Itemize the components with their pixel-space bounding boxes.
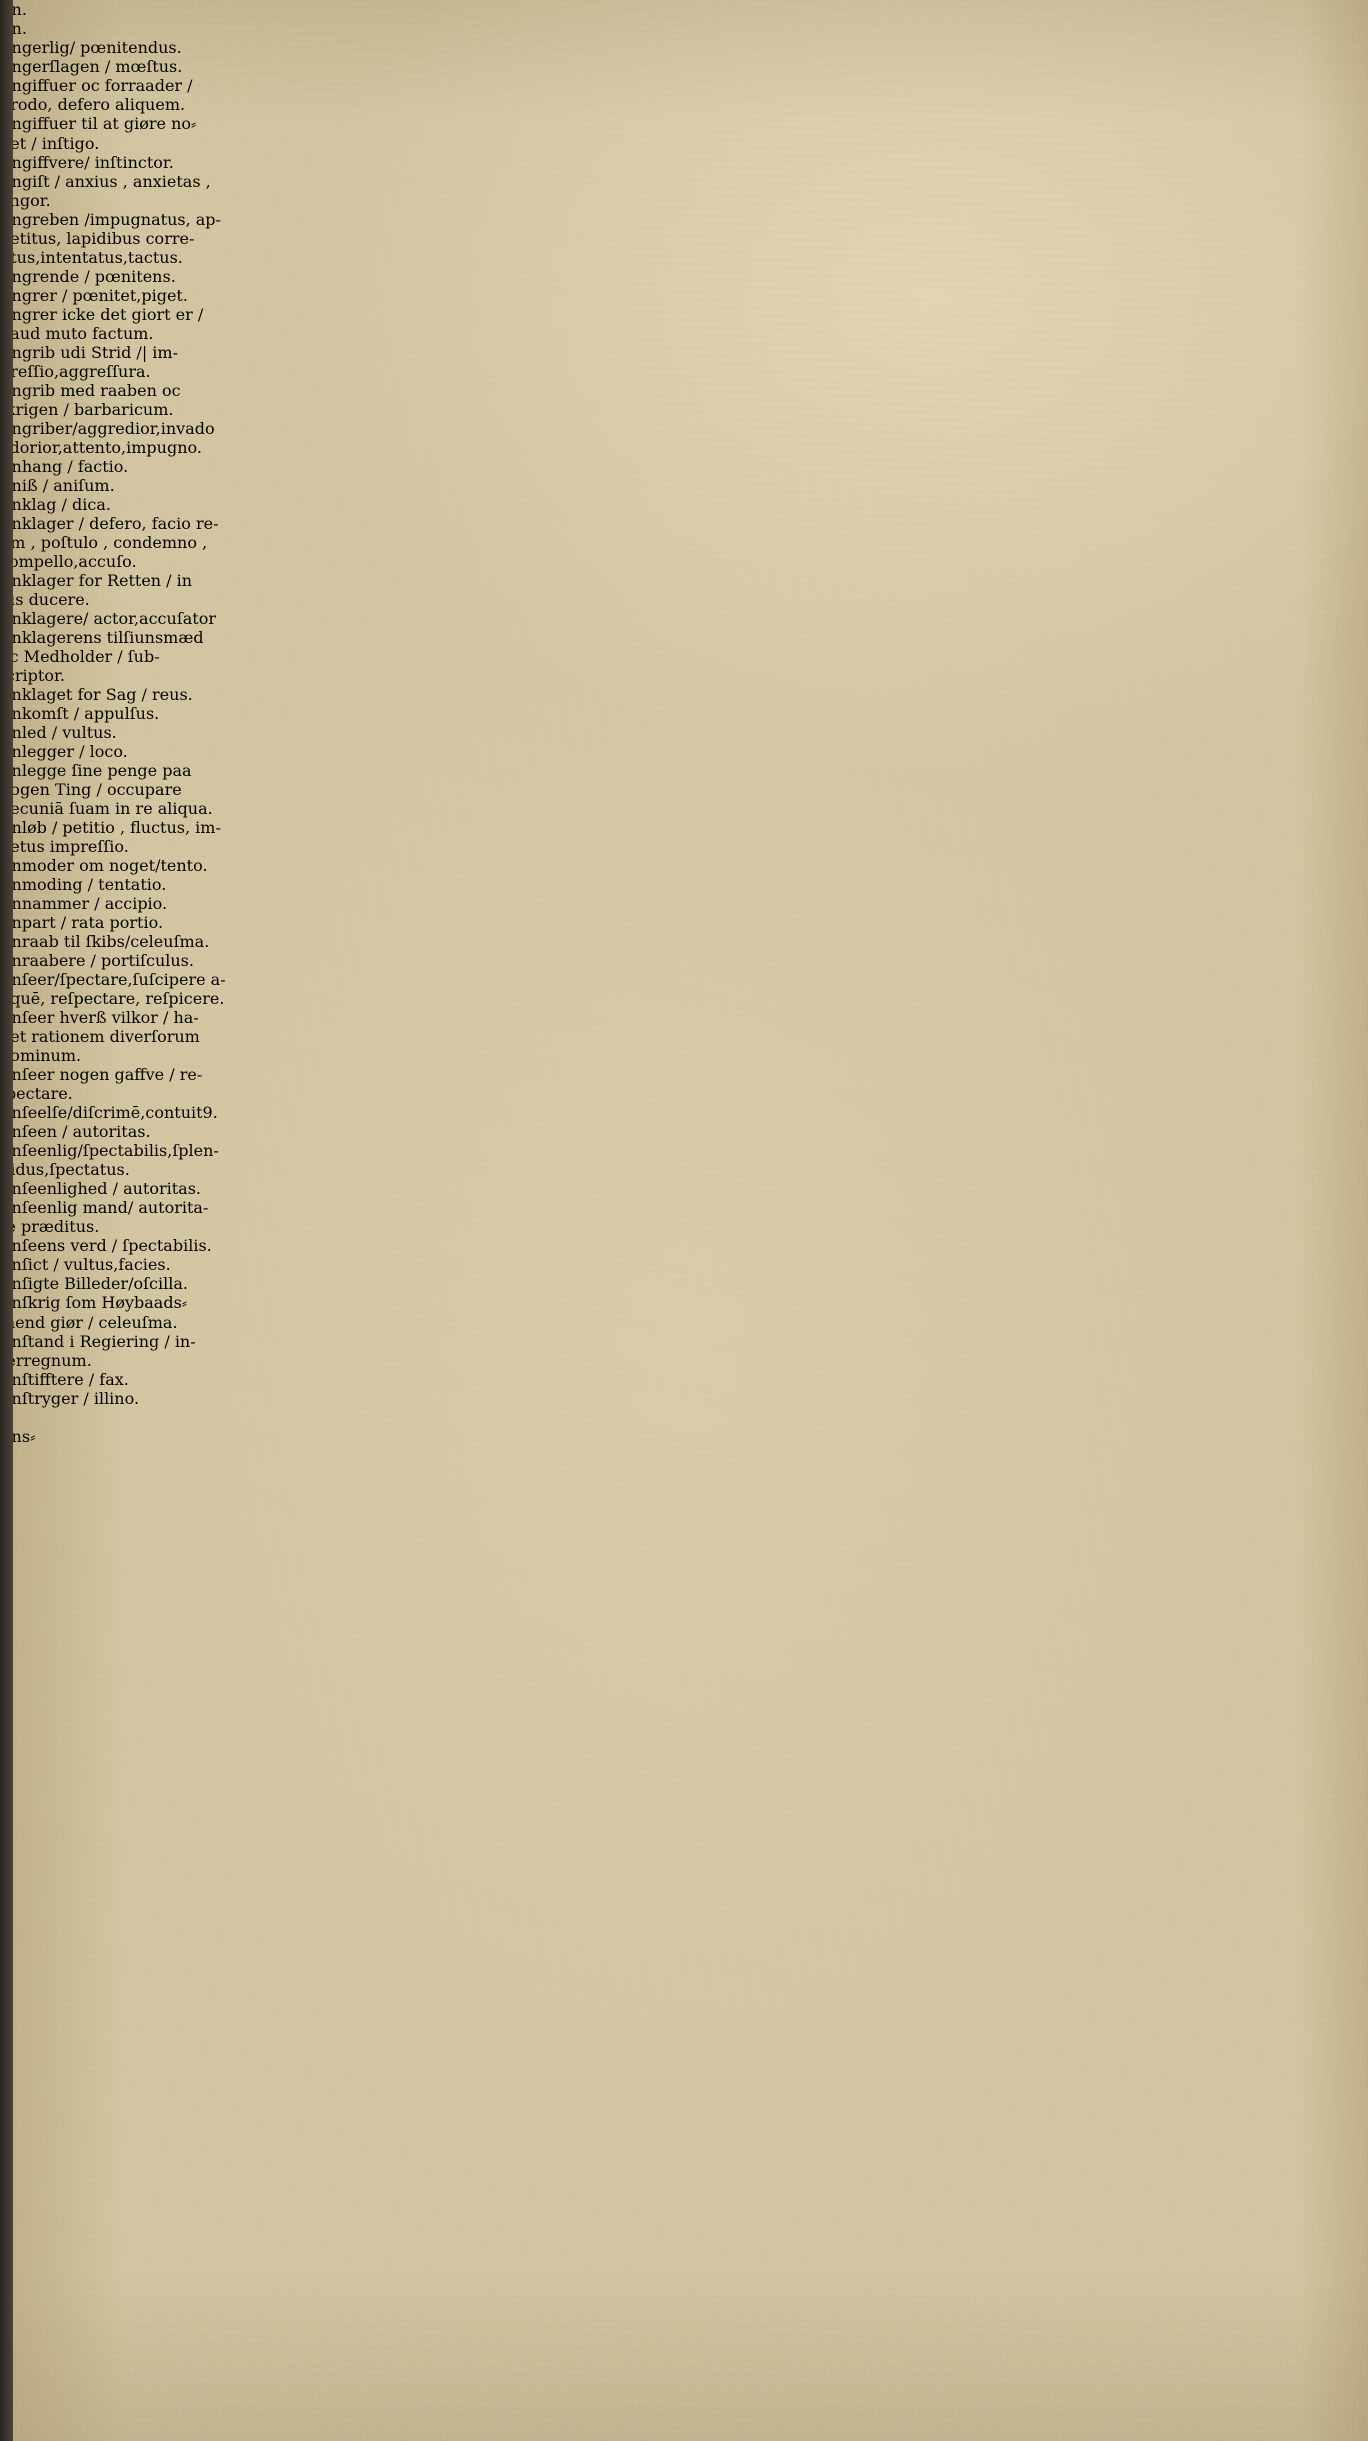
latin-gloss-text: dica. — [72, 495, 111, 514]
headword-text: Anſkrig ſom Høybaads⸗ — [0, 1293, 187, 1312]
entry-line: Anſeen / autoritas. — [0, 1122, 1368, 1141]
entry-line: Angrib med raaben oc — [0, 381, 1368, 400]
latin-gloss-text: inſtigo. — [42, 134, 100, 153]
entry-line: petitus, lapidibus corre- — [0, 229, 1368, 248]
dictionary-column-right: Anled / vultus.Anlegger / loco.Anlegge ſ… — [0, 723, 1368, 1408]
latin-gloss-text: te præditus. — [0, 1217, 99, 1236]
entry-line: didus,ſpectatus. — [0, 1160, 1368, 1179]
entry-line: Anſeenlig/ſpectabilis,ſplen- — [0, 1141, 1368, 1160]
latin-gloss-text: rata portio. — [71, 913, 163, 932]
headword-text: Anſtifftere / — [0, 1370, 99, 1389]
entry-line: Anſtryger / illino. — [0, 1389, 1368, 1408]
latin-gloss-text: pœnitet,piget. — [72, 286, 187, 305]
headword-text: Anklagerens tilſiunsmæd — [0, 628, 204, 647]
entry-line: ſkrigen / barbaricum. — [0, 400, 1368, 419]
latin-gloss-text: petus impreſſio. — [0, 837, 129, 856]
entry-line: um , poſtulo , condemno , — [0, 533, 1368, 552]
headword-text: Annammer / — [0, 894, 105, 913]
latin-gloss-text: mœſtus. — [115, 57, 182, 76]
headword-text: Angrib med raaben oc — [0, 381, 181, 400]
running-head-left: An. — [0, 0, 1368, 19]
latin-gloss-text: loco. — [90, 742, 128, 761]
entry-line: Anſeens verd / ſpectabilis. — [0, 1236, 1368, 1255]
latin-gloss-text: in- — [175, 1332, 196, 1351]
entry-line: Anpart / rata portio. — [0, 913, 1368, 932]
latin-gloss-text: | im- — [142, 343, 178, 362]
latin-gloss-text: liquē, reſpectare, reſpicere. — [0, 989, 224, 1008]
scanned-page-background: An. An. Angerlig/ pœnitendus.Angerſlagen… — [0, 0, 1368, 2441]
book-binding-edge — [0, 0, 13, 2441]
latin-gloss-text: petitio , fluctus, im- — [62, 818, 220, 837]
latin-gloss-text: celeuſma. — [98, 1313, 177, 1332]
entry-line: jus ducere. — [0, 590, 1368, 609]
latin-gloss-text: autorita- — [138, 1198, 208, 1217]
headword-text: Anſtand i Regiering / — [0, 1332, 175, 1351]
entry-line: petus impreſſio. — [0, 837, 1368, 856]
entry-line: Anløb / petitio , fluctus, im- — [0, 818, 1368, 837]
entry-line: Anraabere / portiſculus. — [0, 951, 1368, 970]
entry-line: Anſeelſe/diſcrimē,contuit9. — [0, 1103, 1368, 1122]
latin-gloss-text: aggredior,invado — [78, 419, 215, 438]
entry-line: Angerſlagen / mœſtus. — [0, 57, 1368, 76]
entry-line: Angrer / pœnitet,piget. — [0, 286, 1368, 305]
latin-gloss-text: oſcilla. — [133, 1274, 188, 1293]
entry-line: Anlegger / loco. — [0, 742, 1368, 761]
entry-line: Anſeenlig mand/ autorita- — [0, 1198, 1368, 1217]
headword-text: oc Medholder / — [0, 647, 128, 666]
entry-line: Anſeer hverß vilkor / ha- — [0, 1008, 1368, 1027]
latin-gloss-text: vultus. — [62, 723, 117, 742]
latin-gloss-text: celeuſma. — [130, 932, 209, 951]
latin-gloss-text: jus ducere. — [0, 590, 90, 609]
entry-line: oc Medholder / ſub- — [0, 647, 1368, 666]
headword-text: Anlegge ſine penge paa — [0, 761, 192, 780]
headword-text: Angiffuer oc forraader / — [0, 76, 193, 95]
latin-gloss-text: barbaricum. — [74, 400, 174, 419]
entry-line: Angerlig/ pœnitendus. — [0, 38, 1368, 57]
entry-line: te præditus. — [0, 1217, 1368, 1236]
entry-line: get / inſtigo. — [0, 134, 1368, 153]
entry-line: Anklager for Retten / in — [0, 571, 1368, 590]
entry-line: mend giør / celeuſma. — [0, 1313, 1368, 1332]
latin-gloss-text: illino. — [94, 1389, 139, 1408]
latin-gloss-text: ſpectabilis. — [122, 1236, 211, 1255]
entry-line: Anraab til ſkibs/celeuſma. — [0, 932, 1368, 951]
latin-gloss-text: ſpectabilis,ſplen- — [83, 1141, 219, 1160]
latin-gloss-text: inſtinctor. — [95, 153, 174, 172]
headword-text: Anlegger / — [0, 742, 90, 761]
entry-line: Anled / vultus. — [0, 723, 1368, 742]
entry-line: Anſtifftere / fax. — [0, 1370, 1368, 1389]
latin-gloss-text: prodo, defero aliquem. — [0, 95, 185, 114]
latin-gloss-text: fax. — [99, 1370, 129, 1389]
entry-line: Anſeer/ſpectare,ſuſcipere a- — [0, 970, 1368, 989]
entry-line: preſſio,aggreſſura. — [0, 362, 1368, 381]
entry-line: Anklag / dica. — [0, 495, 1368, 514]
entry-line: Anhang / factio. — [0, 457, 1368, 476]
headword-text: Angiffuer til at giøre no⸗ — [0, 114, 196, 133]
entry-line: Angiffuer oc forraader / — [0, 76, 1368, 95]
entry-line: Anſtand i Regiering / in- — [0, 1332, 1368, 1351]
entry-line: Angrer icke det giort er / — [0, 305, 1368, 324]
latin-gloss-text: um , poſtulo , condemno , — [0, 533, 207, 552]
latin-gloss-text: compello,accuſo. — [0, 552, 137, 571]
entry-line: Angrende / pœnitens. — [0, 267, 1368, 286]
latin-gloss-text: ha- — [174, 1008, 199, 1027]
latin-gloss-text: preſſio,aggreſſura. — [0, 362, 151, 381]
entry-line: Angreben /impugnatus, ap- — [0, 210, 1368, 229]
latin-gloss-text: factio. — [78, 457, 128, 476]
latin-gloss-text: in — [177, 571, 192, 590]
entry-line: Anmoding / tentatio. — [0, 875, 1368, 894]
headword-text: mend giør / — [0, 1313, 98, 1332]
latin-gloss-text: appulſus. — [84, 704, 159, 723]
latin-gloss-text: aniſum. — [53, 476, 114, 495]
entry-line: Anmoder om noget/tento. — [0, 856, 1368, 875]
latin-gloss-text: anxius , anxietas , — [65, 172, 211, 191]
running-head-right: An. — [0, 19, 1368, 38]
entry-line: ptus,intentatus,tactus. — [0, 248, 1368, 267]
latin-gloss-text: haud muto factum. — [0, 324, 154, 343]
latin-gloss-text: autoritas. — [123, 1179, 201, 1198]
entry-line: terregnum. — [0, 1351, 1368, 1370]
latin-gloss-text: adorior,attento,impugno. — [0, 438, 202, 457]
headword-text: Anklagere/ — [0, 609, 94, 628]
entry-line: bet rationem diverſorum — [0, 1027, 1368, 1046]
entry-line: Anſeer nogen gaffve / re- — [0, 1065, 1368, 1084]
latin-gloss-text: tentatio. — [98, 875, 166, 894]
entry-line: Anklagerens tilſiunsmæd — [0, 628, 1368, 647]
entry-line: compello,accuſo. — [0, 552, 1368, 571]
headword-text: Angerſlagen / — [0, 57, 115, 76]
headword-text: Anklager for Retten / — [0, 571, 177, 590]
headword-text: Angrib udi Strid / — [0, 343, 142, 362]
latin-gloss-text: defero, facio re- — [89, 514, 218, 533]
headword-text: Angrende / — [0, 267, 95, 286]
entry-line: Angiſt / anxius , anxietas , — [0, 172, 1368, 191]
headword-text: Anraab til ſkibs/ — [0, 932, 130, 951]
headword-text: Anklaget for Sag / — [0, 685, 152, 704]
entry-line: angor. — [0, 191, 1368, 210]
latin-gloss-text: pœnitendus. — [75, 38, 182, 57]
entry-line: Anſigte Billeder/oſcilla. — [0, 1274, 1368, 1293]
latin-gloss-text: /impugnatus, ap- — [84, 210, 221, 229]
headword-text: Angrer icke det giort er / — [0, 305, 203, 324]
latin-gloss-text: accipio. — [105, 894, 167, 913]
headword-text: Anſeer nogen gaffve / — [0, 1065, 180, 1084]
latin-gloss-text: actor,accuſator — [94, 609, 216, 628]
entry-line: ſpectare. — [0, 1084, 1368, 1103]
latin-gloss-text: diſcrimē,contuit9. — [73, 1103, 218, 1122]
latin-gloss-text: portiſculus. — [101, 951, 194, 970]
latin-gloss-text: ptus,intentatus,tactus. — [0, 248, 183, 267]
entry-line: hominum. — [0, 1046, 1368, 1065]
headword-text: Angiffvere/ — [0, 153, 95, 172]
headword-text: Anſtryger / — [0, 1389, 94, 1408]
headword-text: Anſeenlighed / — [0, 1179, 123, 1198]
headword-text: nogen Ting / — [0, 780, 107, 799]
entry-line: adorior,attento,impugno. — [0, 438, 1368, 457]
entry-line: Angiffuer til at giøre no⸗ — [0, 114, 1368, 134]
latin-gloss-text: terregnum. — [0, 1351, 92, 1370]
latin-gloss-text: petitus, lapidibus corre- — [0, 229, 194, 248]
entry-line: pecuniā ſuam in re aliqua. — [0, 799, 1368, 818]
entry-line: Anſkrig ſom Høybaads⸗ — [0, 1293, 1368, 1313]
latin-gloss-text: tento. — [160, 856, 207, 875]
latin-gloss-text: pecuniā ſuam in re aliqua. — [0, 799, 213, 818]
entry-line: Angriber/aggredior,invado — [0, 419, 1368, 438]
latin-gloss-text: occupare — [107, 780, 182, 799]
headword-text: Anmoder om noget/ — [0, 856, 160, 875]
entry-line: prodo, defero aliquem. — [0, 95, 1368, 114]
entry-line: haud muto factum. — [0, 324, 1368, 343]
entry-line: liquē, reſpectare, reſpicere. — [0, 989, 1368, 1008]
catchword: Ans⸗ — [0, 1427, 1368, 1447]
entry-line: nogen Ting / occupare — [0, 780, 1368, 799]
entry-line: Aniß / aniſum. — [0, 476, 1368, 495]
entry-line: Anſeenlighed / autoritas. — [0, 1179, 1368, 1198]
entry-line: Ankomſt / appulſus. — [0, 704, 1368, 723]
latin-gloss-text: re- — [180, 1065, 203, 1084]
headword-text: Anmoding / — [0, 875, 98, 894]
entry-line: Anklager / defero, facio re- — [0, 514, 1368, 533]
entry-line: Angiffvere/ inſtinctor. — [0, 153, 1368, 172]
entry-line: Anklagere/ actor,accuſator — [0, 609, 1368, 628]
latin-gloss-text: autoritas. — [73, 1122, 151, 1141]
headword-text: Anſeens verd / — [0, 1236, 122, 1255]
latin-gloss-text: reus. — [152, 685, 193, 704]
headword-text: Anſeer hverß vilkor / — [0, 1008, 174, 1027]
latin-gloss-text: vultus,facies. — [64, 1255, 171, 1274]
headword-text: Anraabere / — [0, 951, 101, 970]
dictionary-column-left: Angerlig/ pœnitendus.Angerſlagen / mœſtu… — [0, 38, 1368, 723]
latin-gloss-text: didus,ſpectatus. — [0, 1160, 130, 1179]
latin-gloss-text: bet rationem diverſorum — [0, 1027, 200, 1046]
headword-text: Anklager / — [0, 514, 89, 533]
entry-line: Annammer / accipio. — [0, 894, 1368, 913]
signature-mark: B — [0, 1408, 1368, 1427]
latin-gloss-text: pœnitens. — [95, 267, 176, 286]
entry-line: Anlegge ſine penge paa — [0, 761, 1368, 780]
entry-line: Anklaget for Sag / reus. — [0, 685, 1368, 704]
entry-line: Anſict / vultus,facies. — [0, 1255, 1368, 1274]
headword-text: Anſigte Billeder/ — [0, 1274, 133, 1293]
entry-line: ſcriptor. — [0, 666, 1368, 685]
latin-gloss-text: ſub- — [128, 647, 160, 666]
entry-line: Angrib udi Strid /| im- — [0, 343, 1368, 362]
latin-gloss-text: ſpectare,ſuſcipere a- — [60, 970, 226, 989]
headword-text: Anſeenlig mand/ — [0, 1198, 138, 1217]
